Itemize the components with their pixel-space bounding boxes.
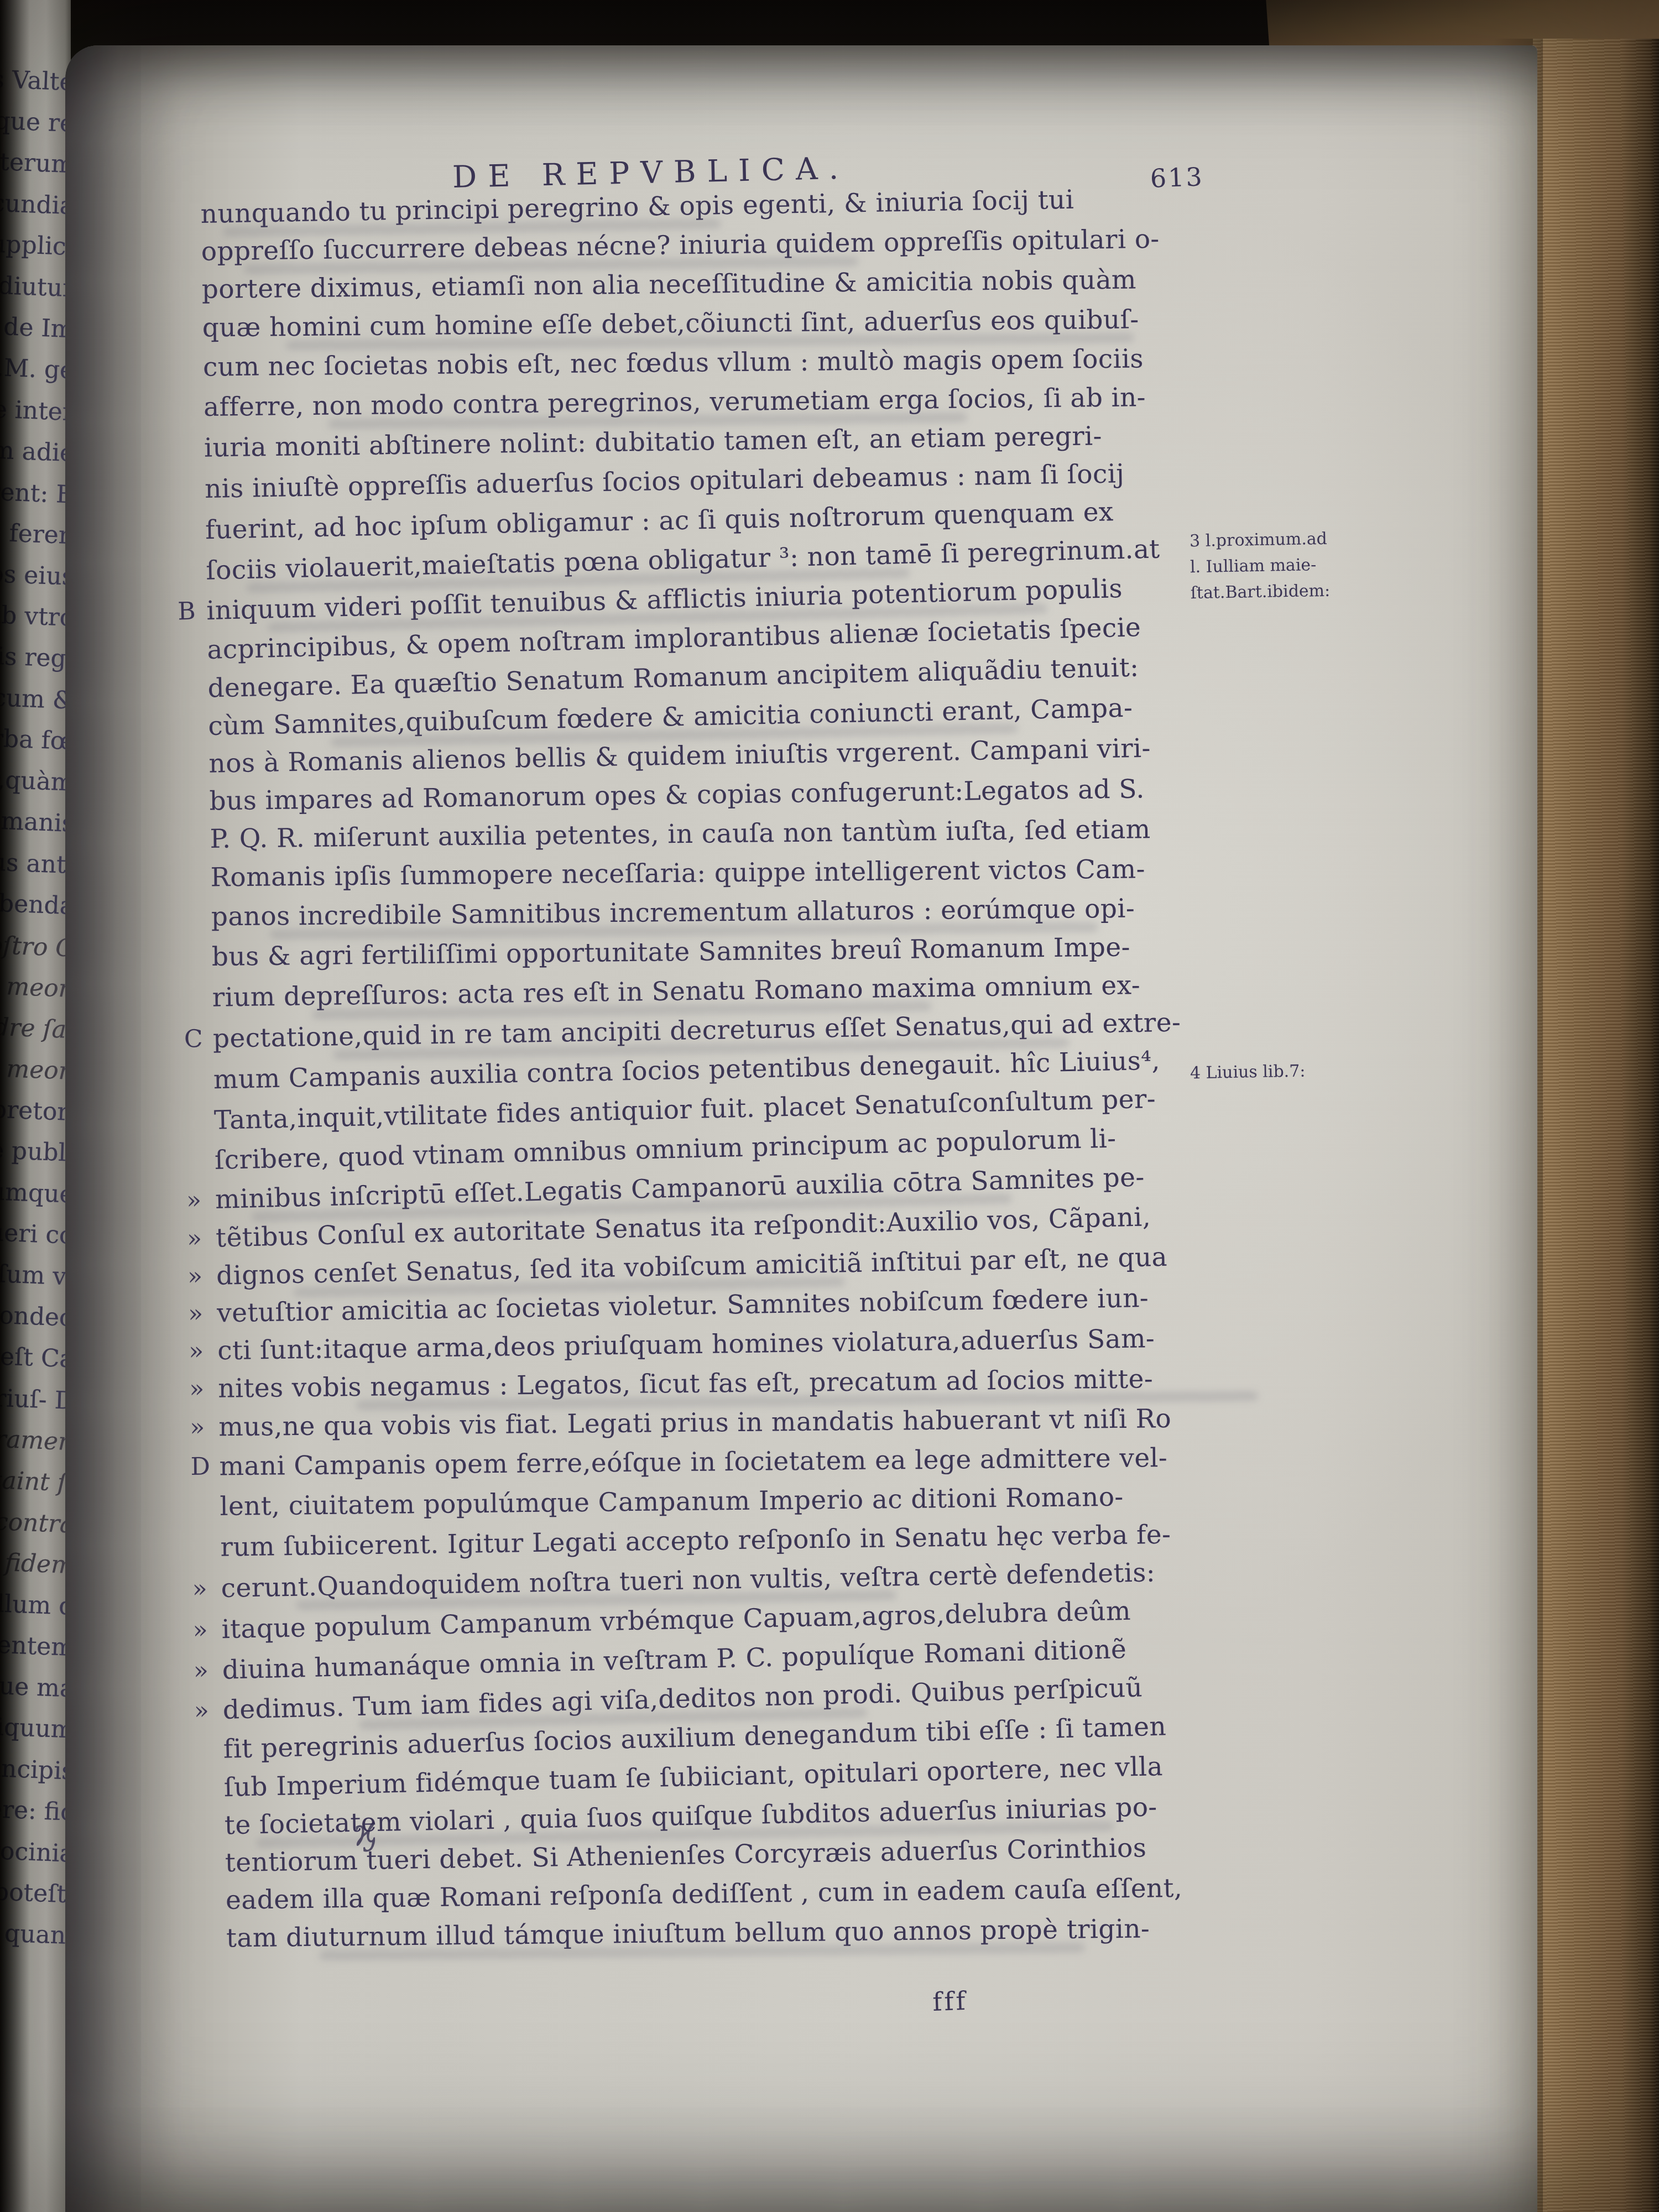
margin-note-line: 4 Liuius lib.7: <box>1190 1057 1390 1086</box>
margin-note-line: l. Iulliam maie- <box>1190 551 1390 580</box>
quotation-marker: » <box>187 1224 202 1253</box>
margin-note-line: 3 l.proximum.ad <box>1190 525 1389 554</box>
quotation-marker: » <box>186 1186 202 1215</box>
fore-edge-pages <box>1533 39 1659 2212</box>
signature-mark: fff <box>867 1984 1034 2019</box>
book-page: DE REPVBLICA. 613 nunquando tu principi … <box>65 45 1537 2212</box>
quotation-marker: » <box>189 1375 205 1403</box>
paragraph-letter: D <box>190 1453 210 1481</box>
quotation-marker: » <box>189 1337 204 1365</box>
quotation-marker: » <box>188 1300 204 1328</box>
paragraph-letter: B <box>178 597 196 626</box>
quotation-marker: » <box>193 1656 208 1685</box>
paragraph-letter: C <box>184 1025 204 1053</box>
margin-note: 3 l.proximum.adl. Iulliam maie-ſtat.Bart… <box>1190 525 1390 606</box>
line-text: nunquando tu principi peregrino & opis e… <box>200 185 1074 229</box>
quotation-marker: » <box>192 1574 207 1603</box>
quotation-marker: » <box>187 1262 203 1291</box>
margin-note: 4 Liuius lib.7: <box>1190 1057 1390 1086</box>
binding-shadow <box>0 0 30 2212</box>
main-text-block: nunquando tu principi peregrino & opis e… <box>200 182 1277 1965</box>
quotation-marker: » <box>190 1413 205 1442</box>
quotation-marker: » <box>194 1697 210 1725</box>
quotation-marker: » <box>192 1616 208 1645</box>
book-photograph: us Valteoque realterumacundiaſupplicis d… <box>0 0 1659 2212</box>
margin-note-line: ſtat.Bart.ibidem: <box>1190 577 1390 606</box>
